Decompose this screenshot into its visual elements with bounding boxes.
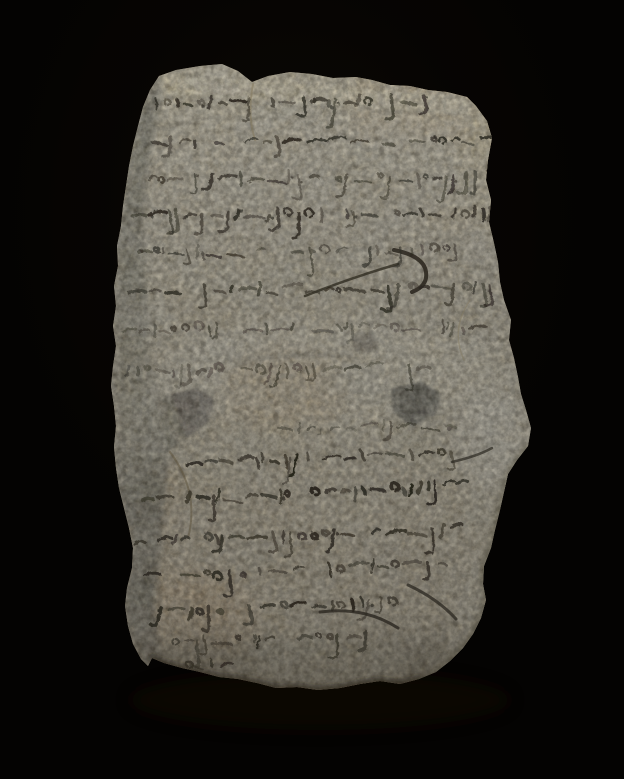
stone-silhouette [100, 55, 545, 705]
photo-stage [0, 0, 624, 779]
bottom-shading [100, 55, 545, 705]
ostracon-photograph [0, 0, 624, 779]
